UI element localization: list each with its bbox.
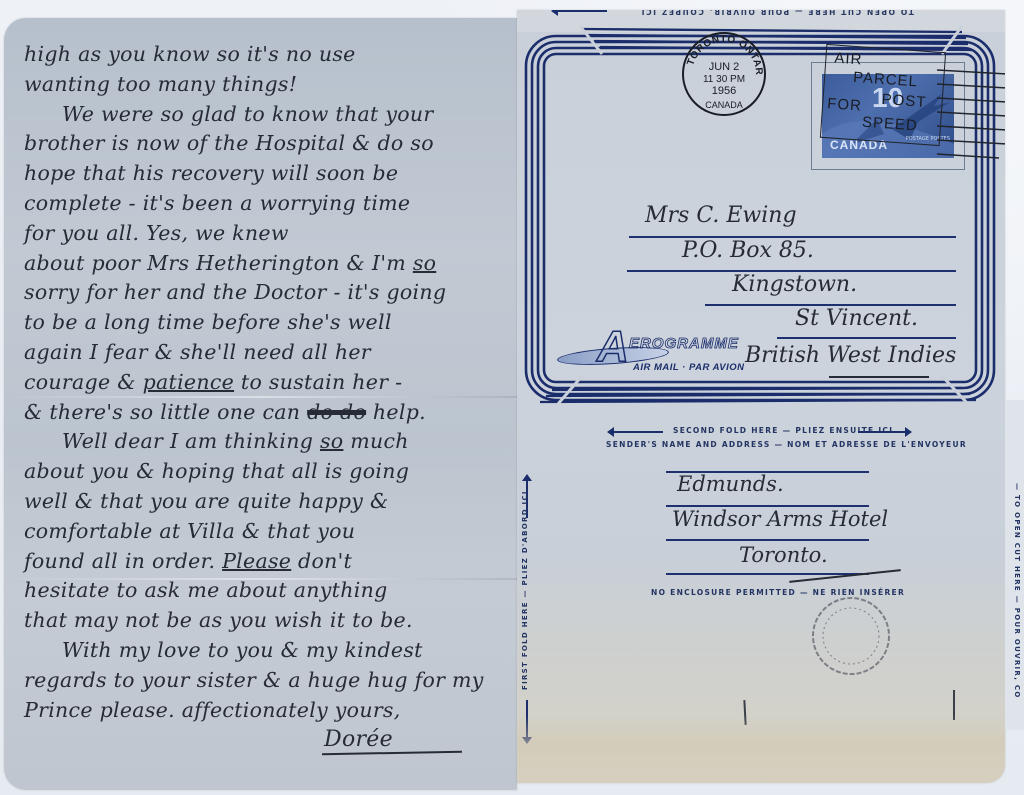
sender-hotel: Windsor Arms Hotel xyxy=(672,507,888,531)
letter-line: brother is now of the Hospital & do so xyxy=(24,129,509,159)
letter-line: about you & hoping that all is going xyxy=(24,457,509,487)
logo-word: EROGRAMME xyxy=(629,335,739,352)
address-rule xyxy=(777,337,956,339)
recipient-po-box: P.O. Box 85. xyxy=(682,238,814,263)
letter-line: hope that his recovery will soon be xyxy=(24,159,509,189)
letter-line: comfortable at Villa & that you xyxy=(24,517,509,547)
letter-line: With my love to you & my kindest xyxy=(24,636,509,666)
letter-line: sorry for her and the Doctor - it's goin… xyxy=(24,278,509,308)
arrow-left-icon xyxy=(613,431,663,433)
signature-row: Dorée xyxy=(24,725,509,755)
letter-line: courage & patience to sustain her - xyxy=(24,368,509,398)
letter-line: about poor Mrs Hetherington & I'm so xyxy=(24,249,509,279)
letter-line: well & that you are quite happy & xyxy=(24,487,509,517)
signature: Dorée xyxy=(324,725,393,755)
arrow-right-icon xyxy=(858,431,906,433)
handwritten-underline xyxy=(829,376,929,378)
recipient-town: Kingstown. xyxy=(732,272,857,297)
letter-line: Well dear I am thinking so much xyxy=(24,427,509,457)
recipient-name: Mrs C. Ewing xyxy=(645,203,797,228)
letter-line: We were so glad to know that your xyxy=(24,100,509,130)
letter-line: that may not be as you wish it to be. xyxy=(24,606,509,636)
letter-line: to be a long time before she's well xyxy=(24,308,509,338)
right-cut-label: — TO OPEN CUT HERE — POUR OUVRIR, CO xyxy=(1013,483,1021,699)
aerogramme-logo: A EROGRAMME AIR MAIL · PAR AVION xyxy=(557,330,767,380)
sender-rule xyxy=(666,539,869,541)
aerogramme: TO OPEN CUT HERE — POUR OUVRIR, COUPEZ I… xyxy=(517,10,1005,783)
recipient-country: British West Indies xyxy=(745,343,956,368)
letter-line: & there's so little one can do do help. xyxy=(24,398,509,428)
letter-line: regards to your sister & a huge hug for … xyxy=(24,666,509,696)
letter-text: high as you know so it's no usewanting t… xyxy=(24,40,509,755)
recipient-island: St Vincent. xyxy=(795,306,918,331)
logo-initial: A xyxy=(597,322,629,372)
letter-line: found all in order. Please don't xyxy=(24,547,509,577)
letter-line: high as you know so it's no use xyxy=(24,40,509,70)
first-fold-label: FIRST FOLD HERE — PLIEZ D'ABORD ICI xyxy=(521,490,529,690)
letter-line: hesitate to ask me about anything xyxy=(24,576,509,606)
handwritten-underline xyxy=(789,569,901,582)
sender-city: Toronto. xyxy=(739,543,828,567)
letter-line: Prince please. affectionately yours, xyxy=(24,696,509,726)
letter-line: again I fear & she'll need all her xyxy=(24,338,509,368)
letter-page: high as you know so it's no usewanting t… xyxy=(4,18,517,790)
sender-label: SENDER'S NAME AND ADDRESS — NOM ET ADRES… xyxy=(606,440,967,449)
paper-stain xyxy=(517,715,1005,783)
logo-subtitle: AIR MAIL · PAR AVION xyxy=(633,362,745,373)
receiving-postmark xyxy=(810,595,892,677)
sender-name: Edmunds. xyxy=(677,472,784,496)
letter-line: for you all. Yes, we knew xyxy=(24,219,509,249)
letter-line: wanting too many things! xyxy=(24,70,509,100)
letter-line: complete - it's been a worrying time xyxy=(24,189,509,219)
